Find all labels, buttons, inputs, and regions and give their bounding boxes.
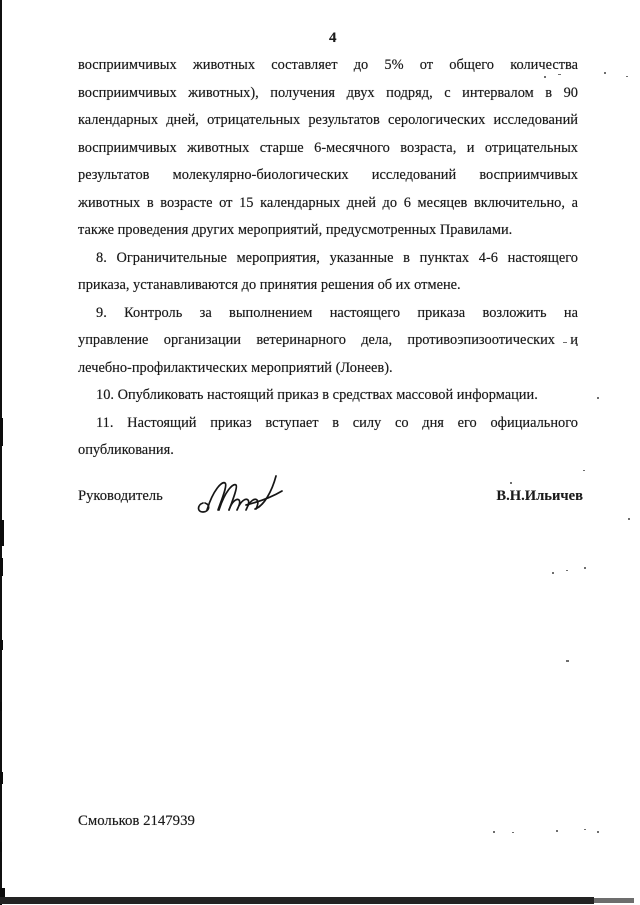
scan-artifact-blob [0, 772, 3, 784]
scan-noise-dot [493, 831, 495, 833]
scan-noise-dot [556, 830, 558, 832]
document-body: восприимчивых животных составляет до 5% … [78, 52, 578, 465]
scan-noise-dot [544, 76, 546, 78]
scan-noise-dot [584, 829, 586, 830]
scan-noise-dot [597, 831, 599, 833]
text-line: лечебно-профилактических мероприятий (Ло… [78, 355, 578, 383]
text-line: управление организации ветеринарного дел… [78, 327, 578, 355]
scan-artifact-blob [0, 702, 2, 711]
scan-artifact-blob [0, 558, 3, 576]
text-line: результатов молекулярно-биологических ис… [78, 162, 578, 190]
signer-title: Руководитель [78, 488, 163, 505]
scan-artifact-blob [0, 640, 3, 650]
scan-noise-dot [566, 570, 568, 571]
handwritten-signature-icon [196, 461, 296, 519]
scan-artifact-bottom-band-light [594, 898, 634, 903]
scan-artifact-blob [0, 842, 2, 852]
scan-artifact-blob [0, 418, 3, 446]
scan-noise-dot [512, 832, 514, 833]
scan-noise-dot [628, 518, 630, 520]
scan-noise-dot [597, 397, 599, 399]
scan-noise-dot [558, 74, 561, 75]
text-line: опубликования. [78, 437, 578, 465]
signer-name: В.Н.Ильичев [496, 488, 583, 505]
scan-artifact-bottom-band [0, 897, 594, 904]
scan-noise-dot [626, 76, 628, 77]
text-line: восприимчивых животных), получения двух … [78, 80, 578, 108]
text-line: приказа, устанавливаются до принятия реш… [78, 272, 578, 300]
scan-noise-dot [552, 572, 554, 574]
text-line: 10. Опубликовать настоящий приказ в сред… [78, 382, 578, 410]
scan-noise-dot [584, 567, 586, 569]
text-line: восприимчивых животных старше 6-месячног… [78, 135, 578, 163]
scan-noise-dot [583, 470, 585, 471]
text-line: также проведения других мероприятий, пре… [78, 217, 578, 245]
text-line: 9. Контроль за выполнением настоящего пр… [78, 300, 578, 328]
scan-artifact-left-edge [0, 0, 2, 905]
document-page: 4 восприимчивых животных составляет до 5… [0, 0, 640, 905]
scan-noise-dot [604, 72, 606, 74]
executor-reference: Смольков 2147939 [78, 813, 195, 830]
page-number: 4 [13, 30, 640, 47]
scan-noise-dot [576, 344, 578, 346]
scan-noise-dot [563, 342, 567, 343]
text-line: 8. Ограничительные мероприятия, указанны… [78, 245, 578, 273]
scan-noise-dot [510, 482, 512, 484]
text-line: животных в возрасте от 15 календарных дн… [78, 190, 578, 218]
text-line: 11. Настоящий приказ вступает в силу со … [78, 410, 578, 438]
text-line: восприимчивых животных составляет до 5% … [78, 52, 578, 80]
text-line: календарных дней, отрицательных результа… [78, 107, 578, 135]
scan-artifact-blob [0, 520, 4, 546]
scan-noise-dot [566, 660, 569, 662]
